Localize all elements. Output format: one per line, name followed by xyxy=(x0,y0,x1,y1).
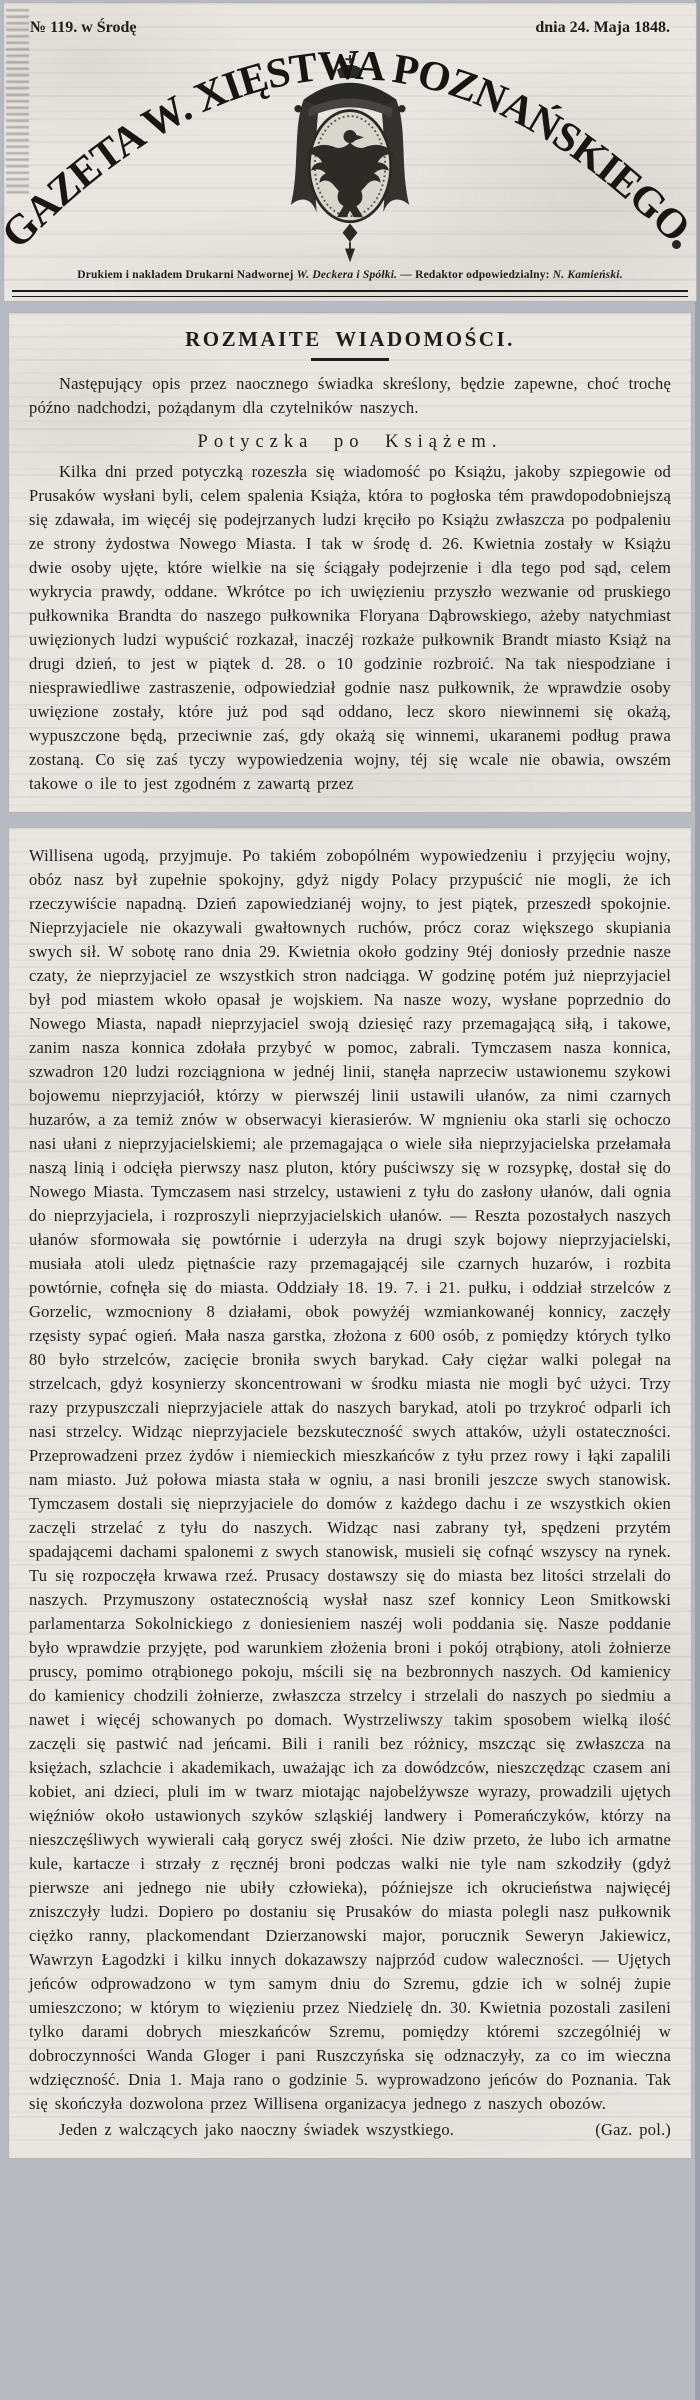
byline-row: Jeden z walczących jako naoczny świadek … xyxy=(29,2118,671,2142)
imprint-line: Drukiem i nakładem Drukarni Nadwornej W.… xyxy=(4,269,696,281)
issue-date: dnia 24. Maja 1848. xyxy=(535,19,670,37)
masthead-dateline: № 119. w Środę dnia 24. Maja 1848. xyxy=(4,19,696,37)
byline: Jeden z walczących jako naoczny świadek … xyxy=(29,2118,454,2142)
article-intro: Następujący opis przez naocznego świadka… xyxy=(29,372,671,420)
source-credit: (Gaz. pol.) xyxy=(595,2118,671,2142)
masthead-divider xyxy=(12,290,688,297)
imprint-separator: — xyxy=(400,269,412,281)
article-paragraph-1: Kilka dni przed potyczką rozeszła się wi… xyxy=(29,460,671,796)
svg-text:GAZETA W. XIĘSTWA POZNAŃSKIEGO: GAZETA W. XIĘSTWA POZNAŃSKIEGO. xyxy=(4,3,694,258)
ink-blot xyxy=(672,240,681,249)
article-subheading: Potyczka po Książem. xyxy=(29,430,671,454)
printer-credit: Drukiem i nakładem Drukarni Nadwornej xyxy=(77,269,293,281)
editor-name: N. Kamieński. xyxy=(553,269,623,281)
newspaper-title: GAZETA W. XIĘSTWA POZNAŃSKIEGO. xyxy=(4,3,694,258)
heading-rule xyxy=(311,358,389,361)
article-continuation: Willisena ugodą, przyjmuje. Po takiém zo… xyxy=(8,827,692,2159)
news-section: ROZMAITE WIADOMOŚCI. Następujący opis pr… xyxy=(8,312,692,813)
issue-number: № 119. w Środę xyxy=(30,19,136,37)
editor-credit: Redaktor odpowiedzialny: xyxy=(415,269,550,281)
section-heading: ROZMAITE WIADOMOŚCI. xyxy=(29,327,671,351)
masthead-arch: GAZETA W. XIĘSTWA POZNAŃSKIEGO. xyxy=(4,3,694,273)
masthead-page: № 119. w Środę dnia 24. Maja 1848. GAZET… xyxy=(3,2,697,302)
printer-name: W. Deckera i Spółki. xyxy=(297,269,398,281)
scan-right-edge xyxy=(695,0,700,2400)
article-paragraph-2: Willisena ugodą, przyjmuje. Po takiém zo… xyxy=(29,844,671,2116)
